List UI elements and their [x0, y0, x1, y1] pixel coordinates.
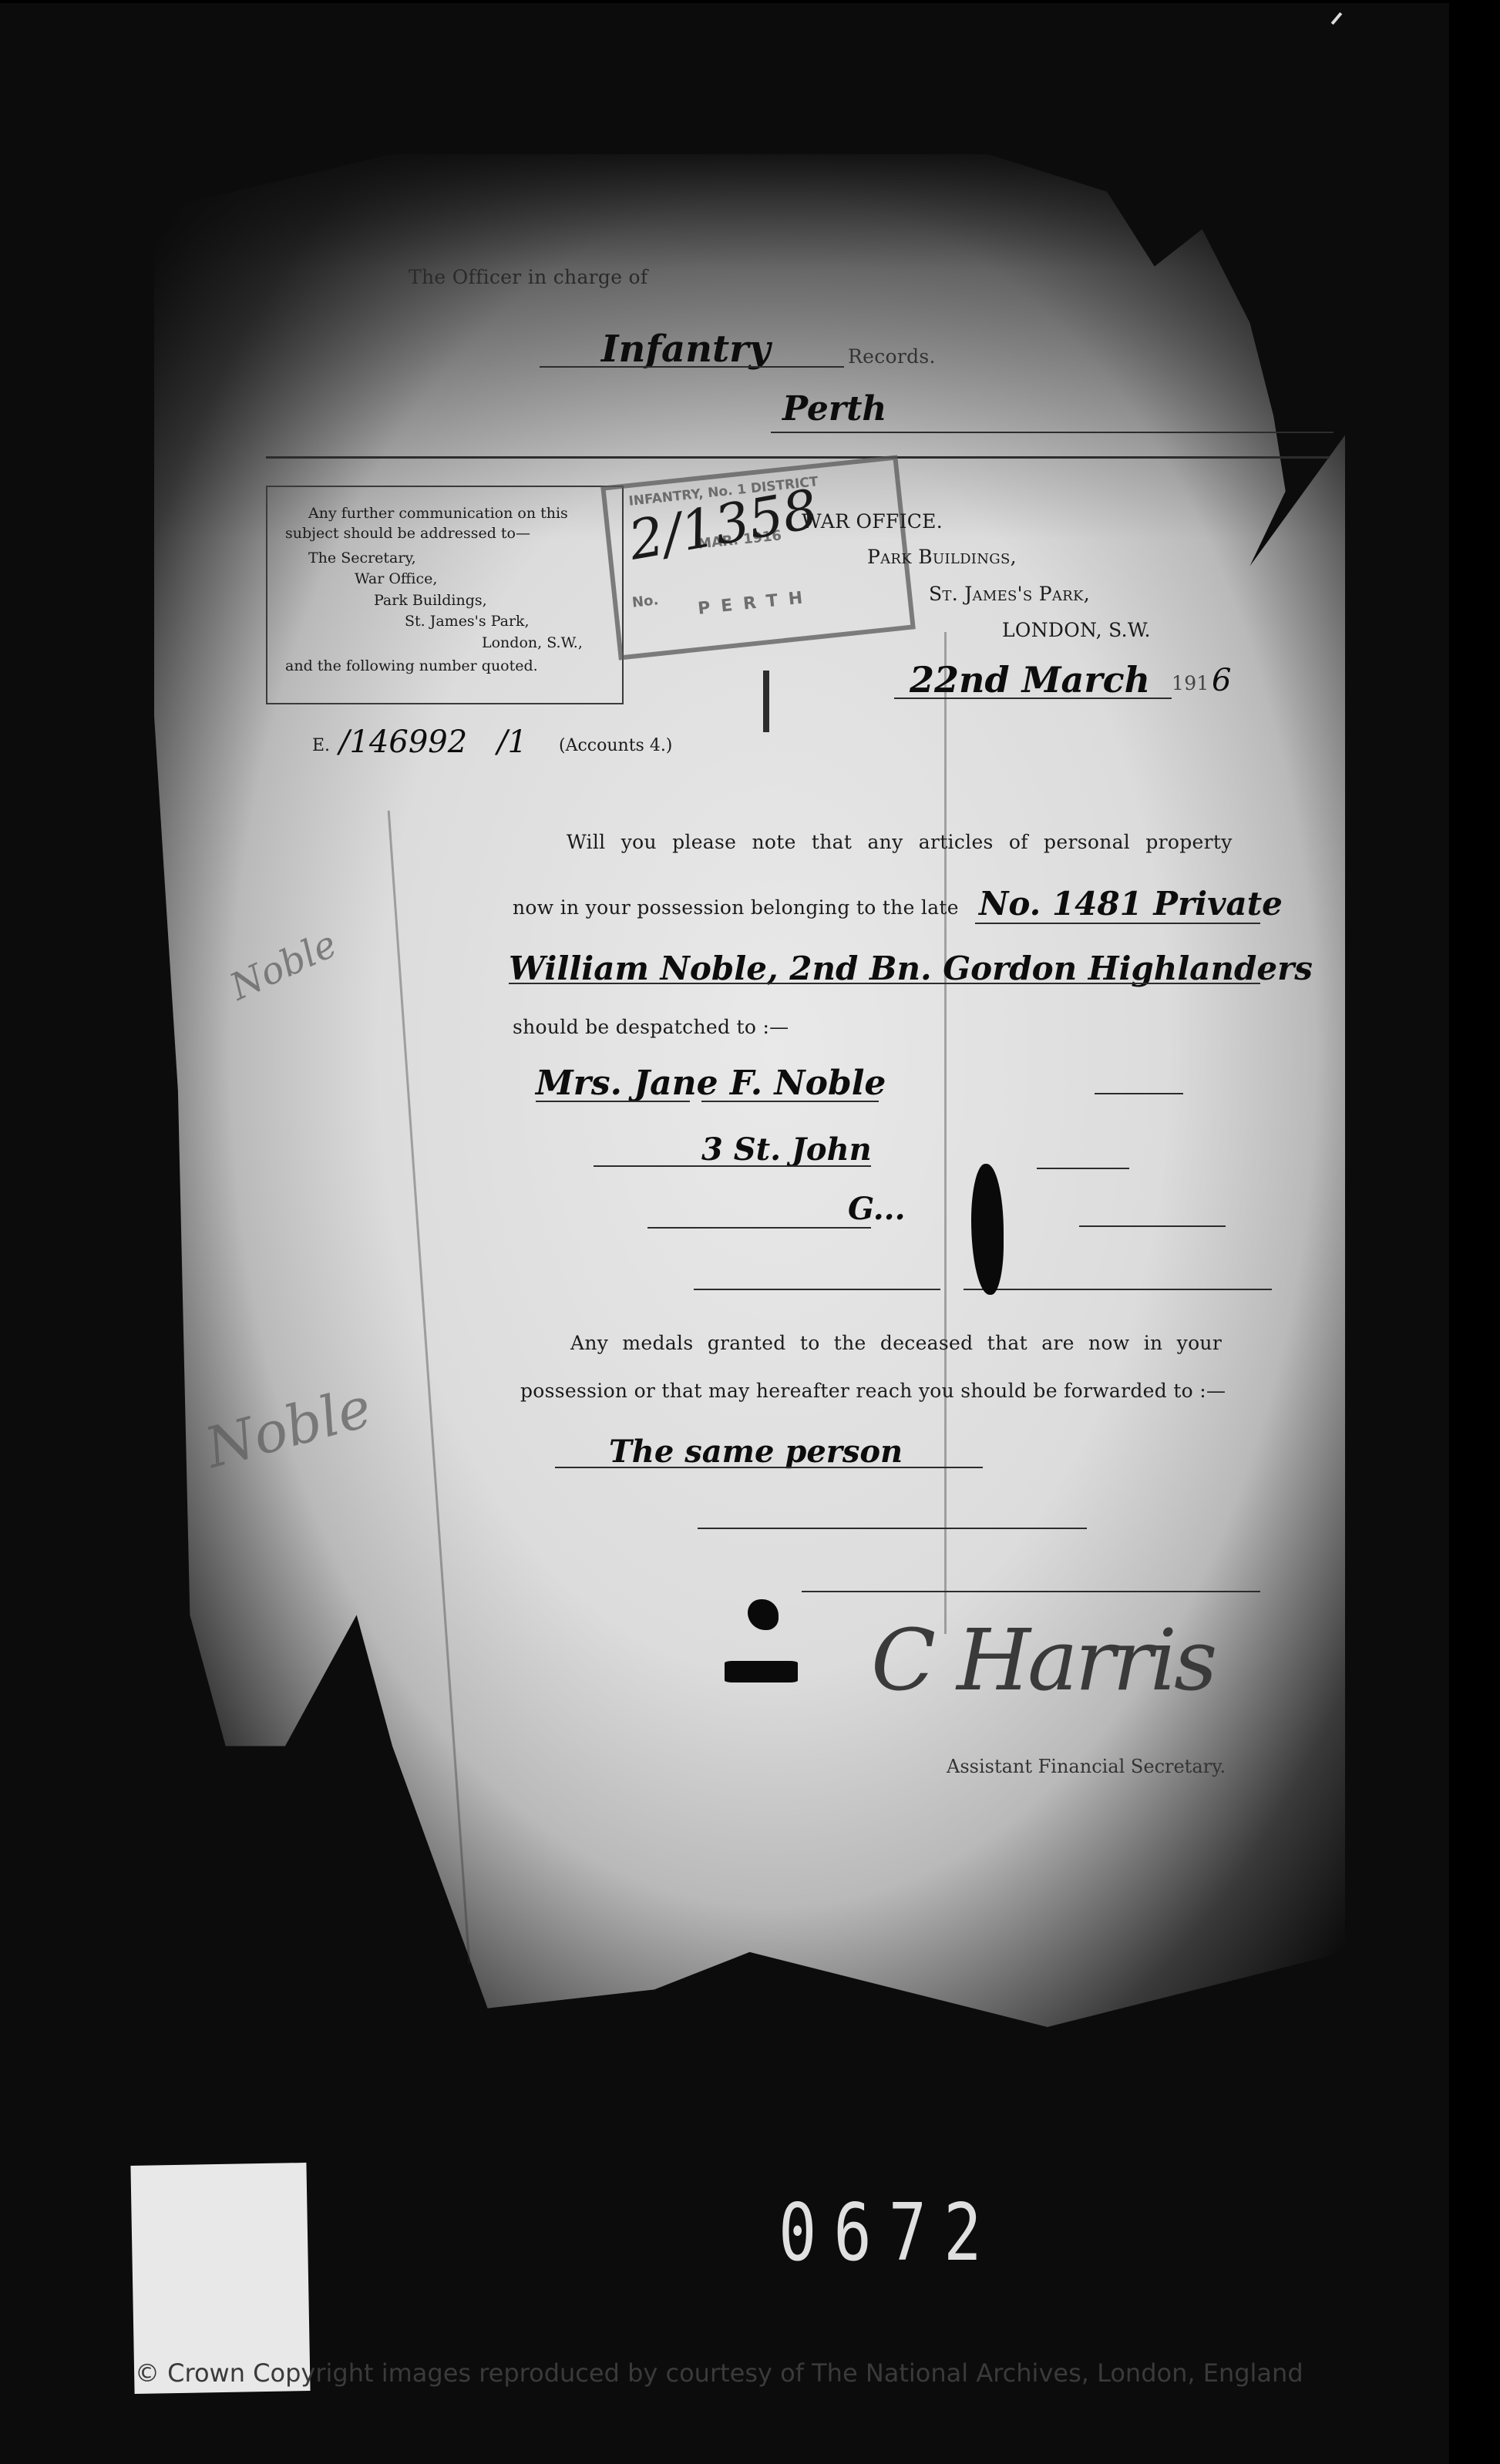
soldier-number-rank: No. 1481 Private [979, 885, 1283, 923]
fold-crease [944, 632, 947, 1634]
reference-department: (Accounts 4.) [559, 736, 672, 755]
recipient-town-line [1079, 1225, 1226, 1227]
address-box-line: War Office, [355, 570, 437, 587]
film-scratch-mark [1331, 12, 1343, 25]
body-text: should be despatched to :— [513, 1016, 789, 1038]
reference-suffix: /1 [497, 724, 527, 760]
soldier-line [975, 923, 1260, 924]
signature: C Harris [871, 1611, 1214, 1709]
medals-blank-line [698, 1528, 1087, 1529]
address-box-line: Any further communication on this [308, 505, 568, 522]
soldier-name-unit: William Noble, 2nd Bn. Gordon Highlander… [509, 950, 1313, 987]
recipient-line [1095, 1093, 1183, 1094]
stamp-no-label: No. [631, 592, 659, 610]
recipient-blank-line [694, 1289, 940, 1290]
signatory-title: Assistant Financial Secretary. [947, 1756, 1226, 1777]
recipient-street-line [594, 1165, 871, 1167]
film-border [1449, 0, 1500, 2464]
medals-recipient-line [555, 1467, 983, 1468]
reference-prefix: E. [312, 736, 330, 755]
address-box-line: The Secretary, [308, 550, 416, 566]
records-office-line [540, 366, 844, 368]
reference-number: /146992 [339, 724, 467, 760]
body-text: now in your possession belonging to the … [513, 896, 959, 919]
date-line [894, 698, 1172, 699]
recipient-blank-line [964, 1289, 1272, 1290]
records-office-handwritten: Infantry [601, 328, 770, 371]
recipient-street-line [1037, 1168, 1129, 1169]
film-edge [0, 0, 1449, 3]
records-label: Records. [848, 345, 936, 368]
address-box-line: subject should be addressed to— [285, 525, 530, 542]
records-location-handwritten: Perth [782, 389, 886, 429]
letterhead-line: Park Buildings, [867, 546, 1017, 568]
medals-blank-line [802, 1591, 1260, 1592]
recipient-line [701, 1101, 879, 1102]
addressee-prefix: The Officer in charge of [409, 266, 647, 288]
header-divider [266, 456, 1330, 459]
ink-blot [725, 1661, 798, 1682]
date-year-printed: 191 [1172, 672, 1209, 694]
recipient-name: Mrs. Jane F. Noble [536, 1064, 886, 1103]
body-text: Will you please note that any articles o… [567, 831, 1233, 853]
letterhead-line: LONDON, S.W. [1002, 619, 1151, 641]
body-text: Any medals granted to the deceased that … [570, 1332, 1222, 1354]
ink-stroke [763, 671, 769, 732]
date-handwritten: 22nd March [910, 659, 1150, 701]
date-year-handwritten: 6 [1212, 663, 1231, 698]
recipient-line [536, 1101, 690, 1102]
medals-recipient: The same person [609, 1434, 903, 1470]
recipient-town-line [647, 1227, 871, 1229]
letterhead-line: St. James's Park, [929, 583, 1090, 605]
letterhead-office: WAR OFFICE. [802, 510, 943, 533]
frame-number: 0672 [779, 2187, 998, 2279]
recipient-street: 3 St. John [701, 1131, 872, 1168]
recipient-town: G... [848, 1191, 906, 1227]
address-box-line: Park Buildings, [374, 592, 487, 609]
address-box-line: and the following number quoted. [285, 657, 538, 674]
records-location-line [771, 432, 1334, 433]
body-text: possession or that may hereafter reach y… [520, 1380, 1226, 1402]
address-box-line: St. James's Park, [405, 613, 530, 630]
soldier-unit-line [509, 983, 1260, 984]
copyright-notice: © Crown Copyright images reproduced by c… [135, 2358, 1303, 2388]
address-box-line: London, S.W., [482, 634, 583, 651]
